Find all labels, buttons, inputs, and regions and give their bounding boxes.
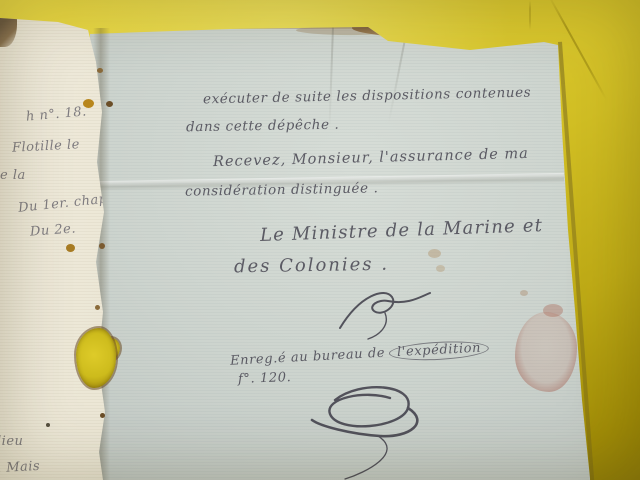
wax-seal-stain: [515, 312, 577, 392]
registration-paraph: [290, 378, 440, 480]
under-page-text-fragment: e la: [0, 168, 26, 183]
signature-title-line: Le Ministre de la Marine et: [260, 215, 544, 246]
under-page-text-fragment: Du 2e.: [30, 221, 77, 239]
burned-corner: [0, 15, 17, 47]
age-spot: [436, 265, 445, 272]
under-page-text-fragment: Flotille le: [12, 137, 81, 156]
age-spot: [100, 413, 105, 418]
under-page-text-fragment: h n°. 18.: [25, 104, 87, 124]
photo-of-manuscript-letter: exécuter de suite les dispositions conte…: [0, 0, 640, 480]
registration-text: Enreg.é au bureau de: [230, 346, 386, 369]
background-crease: [529, 0, 531, 30]
handwriting-line: exécuter de suite les dispositions conte…: [203, 85, 532, 108]
diagonal-fold-crease: [388, 29, 408, 124]
age-spot: [99, 243, 105, 249]
signature-title-line: des Colonies .: [234, 254, 389, 278]
under-page-text-fragment: . Mais: [0, 459, 41, 476]
minister-signature-flourish: [330, 283, 440, 343]
handwriting-line: considération distinguée .: [185, 180, 379, 199]
aged-top-edge-fold: [352, 18, 565, 45]
age-spot: [520, 290, 528, 296]
age-spot: [46, 423, 50, 427]
age-spot: [66, 244, 75, 252]
age-spot: [106, 101, 113, 107]
handwriting-line: dans cette dépêche .: [186, 117, 340, 136]
under-page-text-fragment: Du 1er. chap.: [17, 191, 112, 216]
under-page-text-fragment: lieu: [0, 434, 23, 449]
registration-line: Enreg.é au bureau del'expédition: [230, 339, 490, 371]
folio-line: f°. 120.: [238, 370, 292, 387]
age-spot: [95, 305, 100, 310]
age-spot: [428, 249, 441, 258]
age-spot: [83, 99, 94, 108]
handwriting-line: Recevez, Monsieur, l'assurance de ma: [213, 146, 529, 170]
age-spot: [97, 68, 103, 73]
registration-circled-word: l'expédition: [389, 339, 490, 362]
